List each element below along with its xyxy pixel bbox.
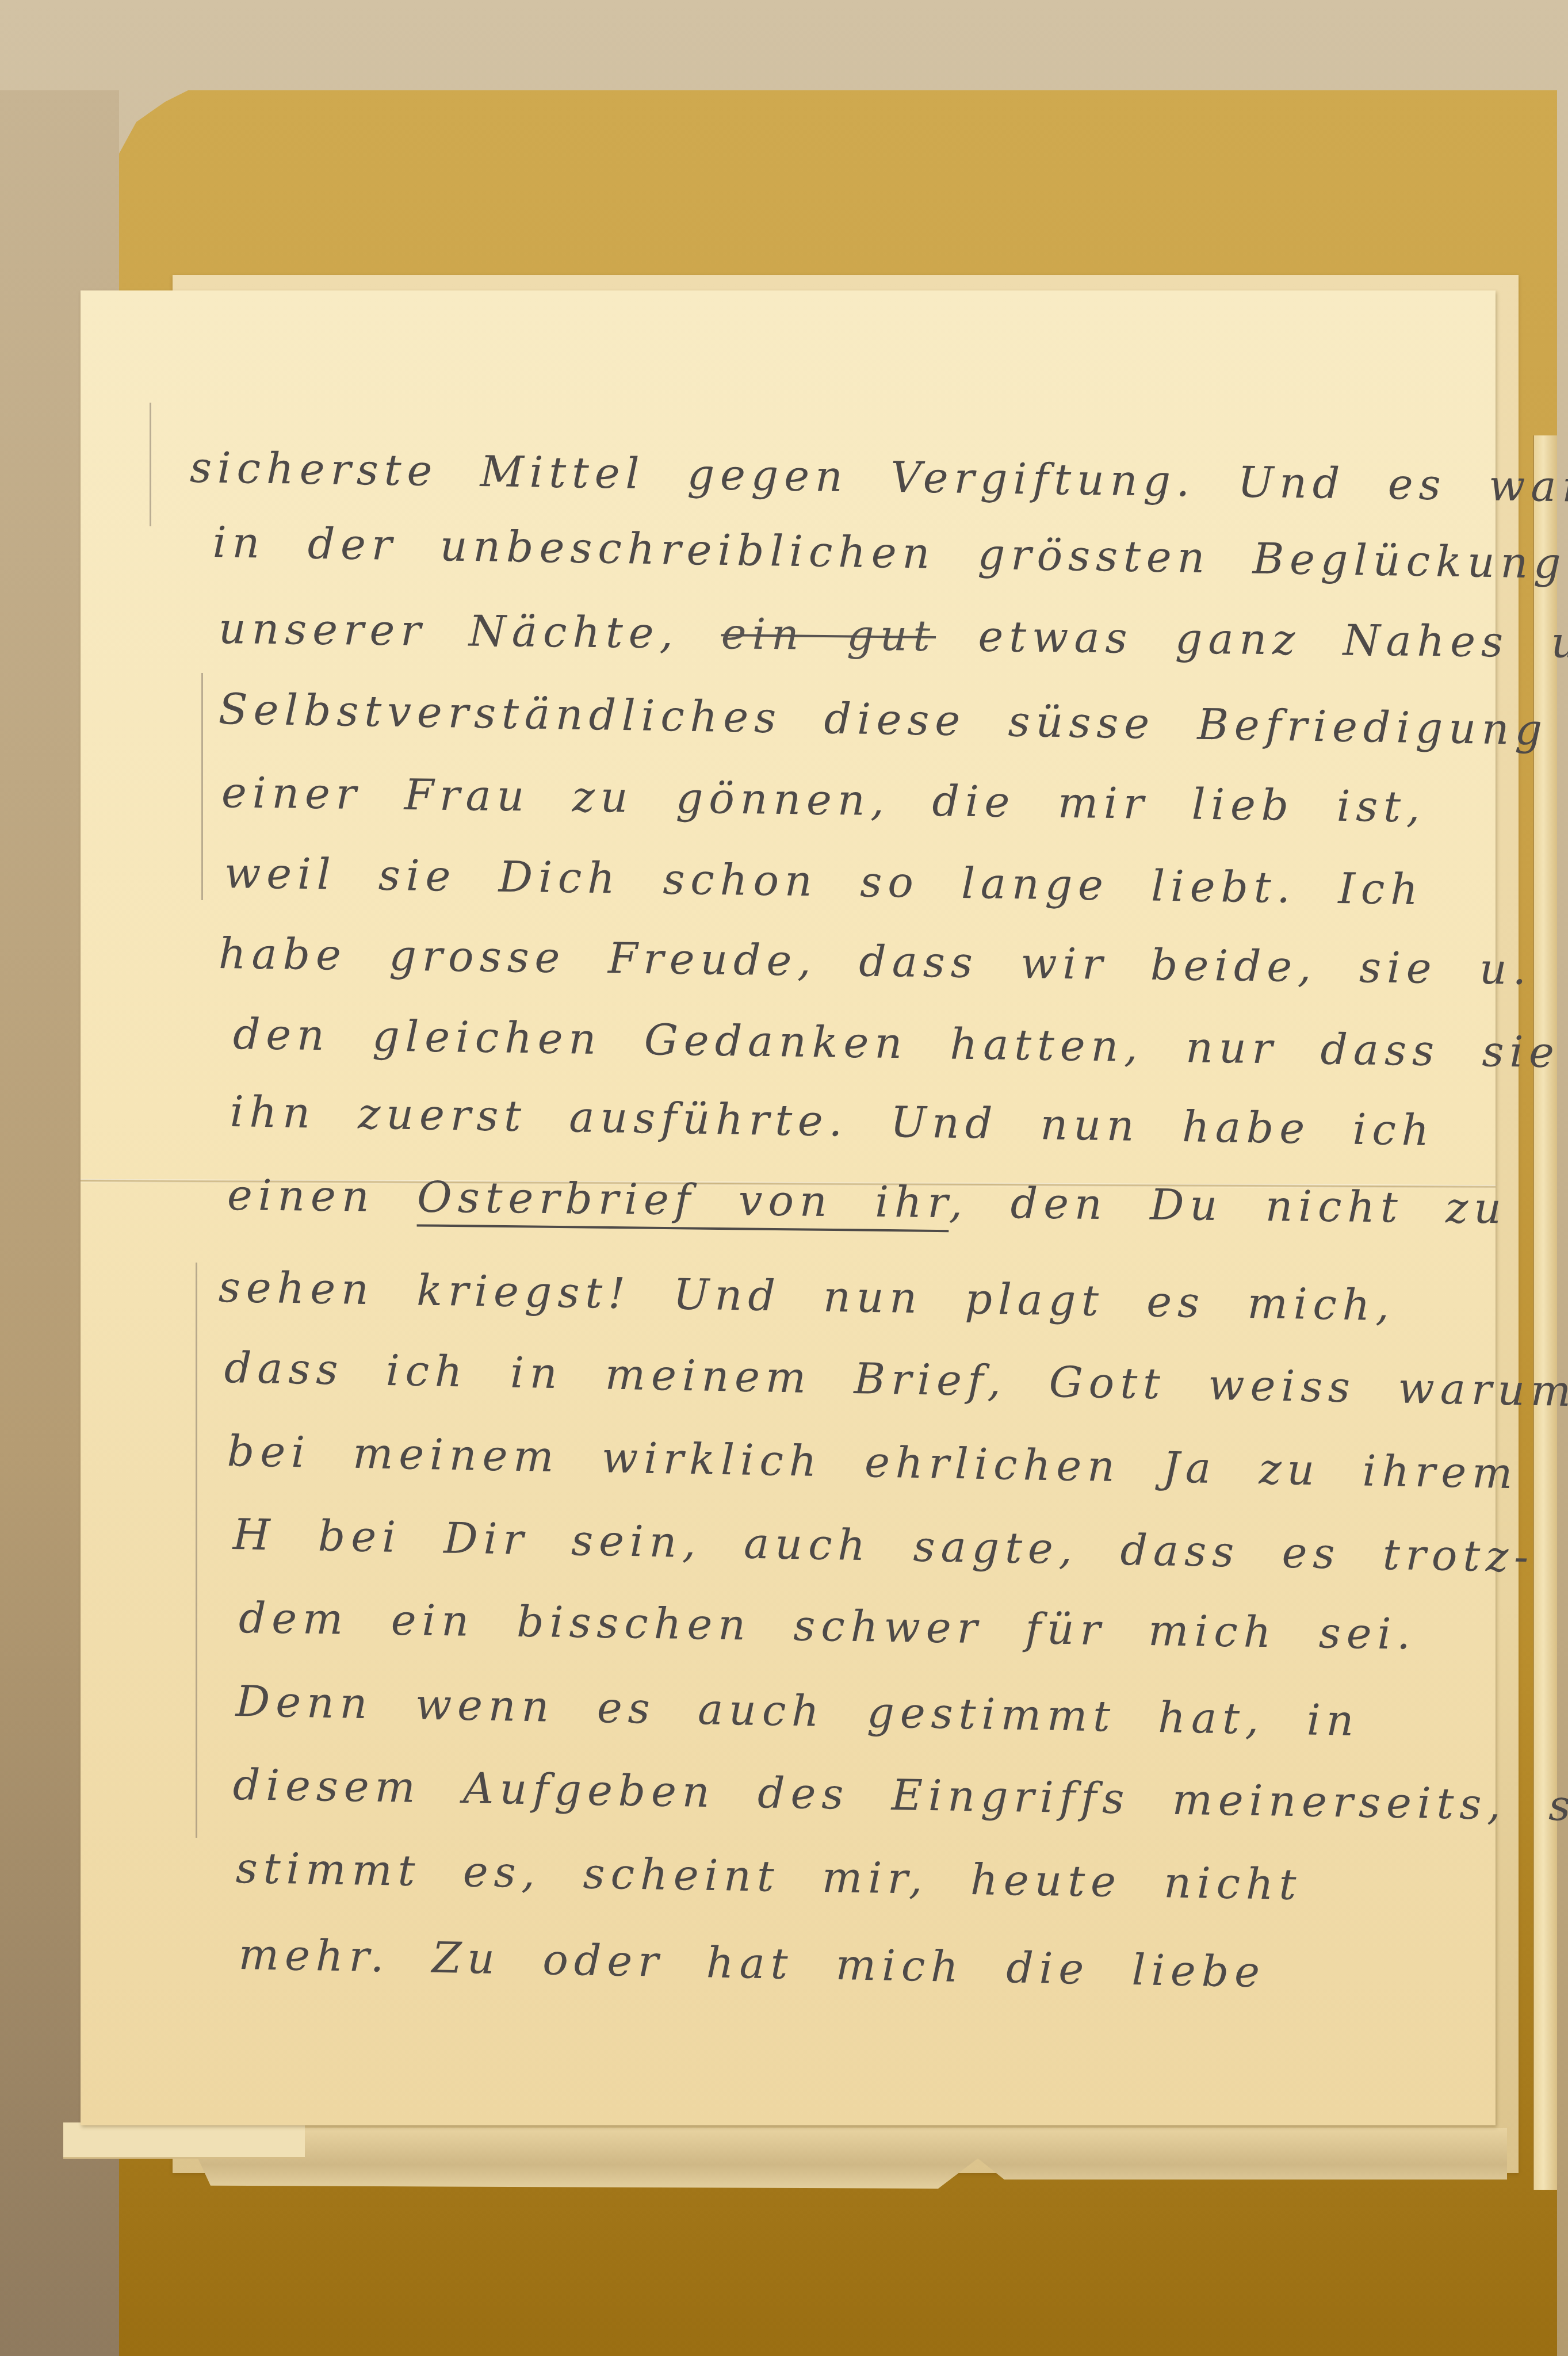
text-line-3: unserer Nächte, ein gut etwas ganz Nahes… [219,604,1568,668]
margin-pencil-mark [201,673,203,900]
text-line-10-start: einen [227,1171,418,1222]
adjacent-page-stack [1533,435,1557,2190]
text-line-4: Selbstverständliches diese süsse Befried… [218,684,1548,755]
text-line-10-end: , den Du nicht zu [949,1178,1507,1233]
text-line-10: einen Osterbrief von ihr, den Du nicht z… [227,1171,1508,1233]
text-line-2: in der unbeschreiblichen grössten Beglüc… [212,518,1567,588]
struck-out-words: ein gut [721,609,936,661]
text-line-14: H bei Dir sein, auch sagte, dass es trot… [232,1510,1535,1582]
text-line-9: ihn zuerst ausführte. Und nun habe ich [230,1087,1435,1156]
text-line-7: habe grosse Freude, dass wir beide, sie … [218,929,1568,996]
margin-pencil-mark [196,1263,197,1838]
text-line-5: einer Frau zu gönnen, die mir lieb ist, [221,768,1426,832]
text-line-15: dem ein bisschen schwer für mich sei. [238,1593,1416,1659]
tissue-sheet-bottom-edge [184,2128,1507,2189]
text-line-8: den gleichen Gedanken hatten, nur dass s… [232,1009,1560,1077]
text-line-17: diesem Aufgeben des Eingriffs meinerseit… [232,1760,1568,1831]
text-line-13: bei meinem wirklich ehrlichen Ja zu ihre… [227,1426,1519,1498]
underlying-pages-edge [63,2122,305,2159]
text-line-19: mehr. Zu oder hat mich die liebe [238,1930,1265,1997]
text-line-1: sicherste Mittel gegen Vergiftung. Und e… [189,443,1568,514]
underlined-words: Osterbrief von ihr [417,1172,950,1227]
text-line-12: dass ich in meinem Brief, Gott weiss war… [224,1343,1568,1417]
text-line-16: Denn wenn es auch gestimmt hat, in [235,1677,1360,1746]
text-line-18: stimmt es, scheint mir, heute nicht [235,1844,1302,1910]
text-line-6: weil sie Dich schon so lange liebt. Ich [224,848,1424,915]
letter-page: sicherste Mittel gegen Vergiftung. Und e… [81,290,1496,2125]
text-line-11: sehen kriegst! Und nun plagt es mich, [218,1263,1395,1330]
margin-pencil-mark [150,403,151,526]
text-line-3-end: etwas ganz Nahes u. [936,611,1568,668]
text-line-3-start: unserer Nächte, [219,604,722,659]
